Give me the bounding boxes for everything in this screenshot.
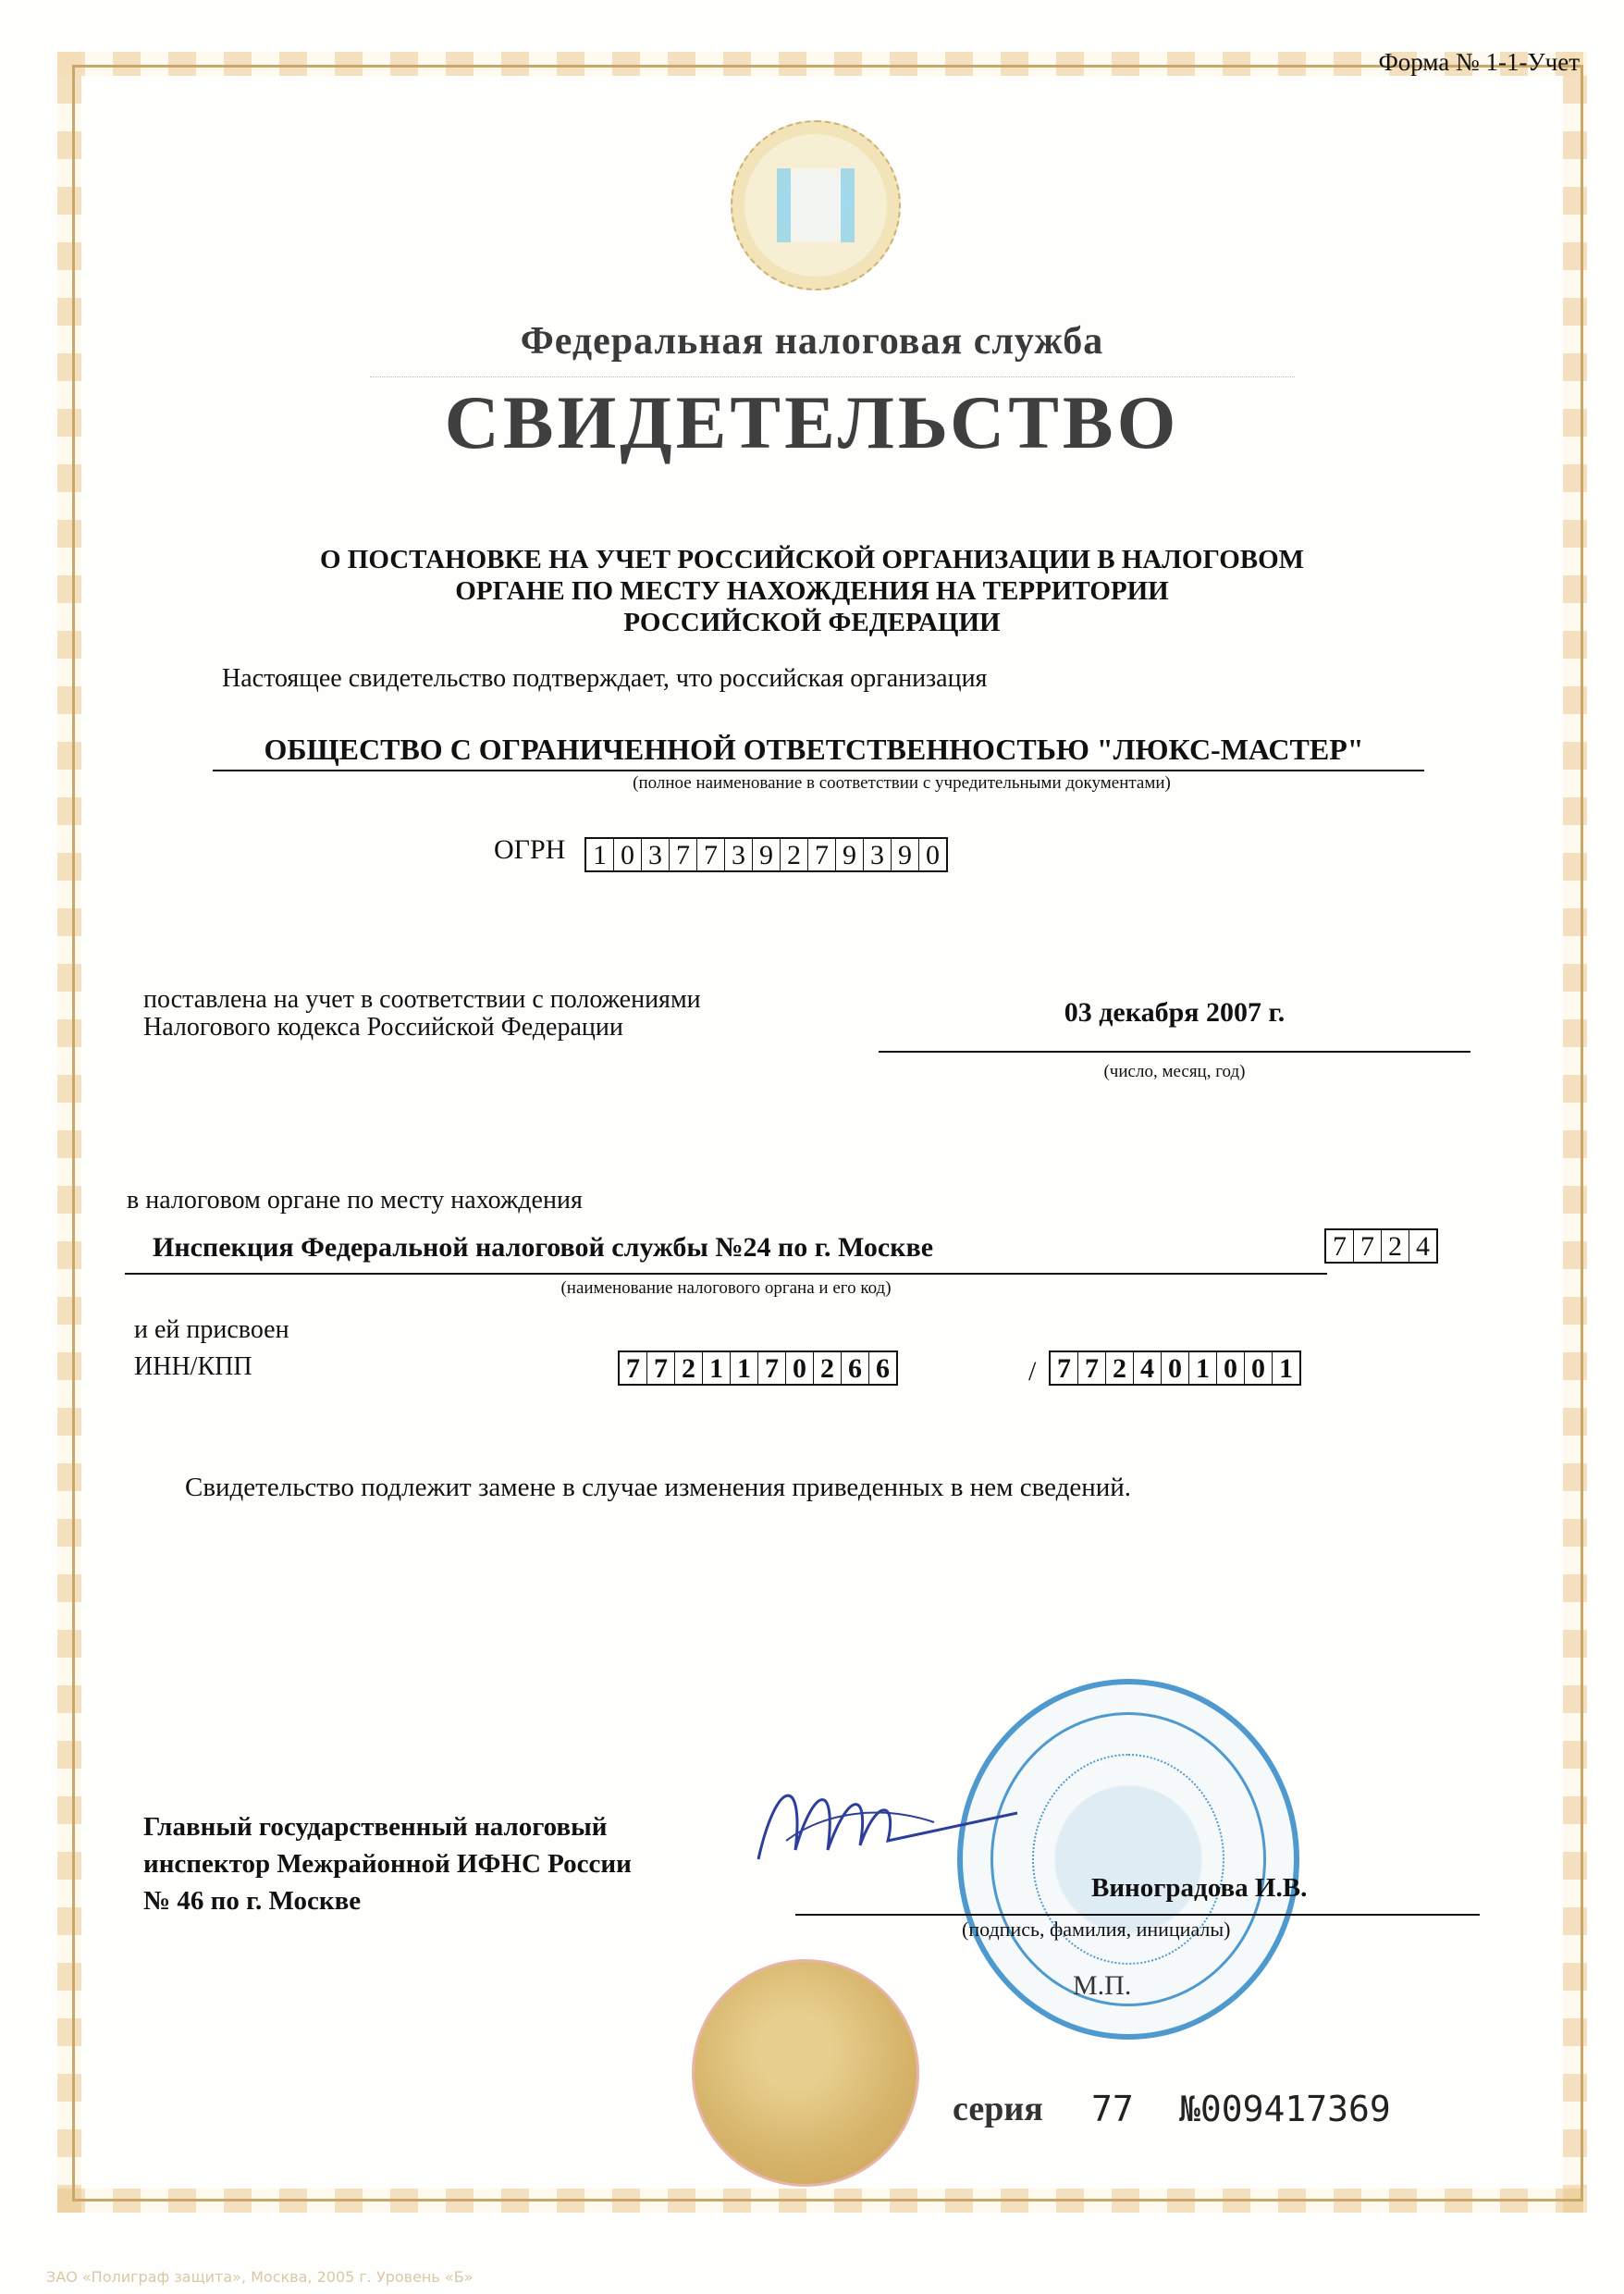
signer-name: Виноградова И.В. bbox=[1091, 1873, 1307, 1904]
inn-digit: 6 bbox=[869, 1352, 896, 1384]
signature-caption: (подпись, фамилия, инициалы) bbox=[962, 1918, 1231, 1942]
seal-place-label: М.П. bbox=[1073, 1970, 1131, 2002]
ogrn-digit: 3 bbox=[864, 839, 892, 870]
inn-digit: 2 bbox=[675, 1352, 703, 1384]
kpp-digit: 2 bbox=[1106, 1352, 1134, 1384]
date-caption: (число, месяц, год) bbox=[879, 1062, 1470, 1082]
tax-office-code-digit: 2 bbox=[1382, 1230, 1409, 1262]
ogrn-digit: 3 bbox=[725, 839, 753, 870]
kpp-digit: 0 bbox=[1245, 1352, 1273, 1384]
tax-office-intro: в налоговом органе по месту нахождения bbox=[127, 1186, 583, 1215]
kpp-digit: 1 bbox=[1273, 1352, 1299, 1384]
divider bbox=[370, 376, 1295, 377]
page-title: СВИДЕТЕЛЬСТВО bbox=[0, 379, 1624, 466]
tax-office-caption: (наименование налогового органа и его ко… bbox=[333, 1278, 1119, 1299]
fns-emblem-icon bbox=[731, 120, 901, 290]
ogrn-digit: 7 bbox=[670, 839, 697, 870]
agency-name: Федеральная налоговая служба bbox=[0, 319, 1624, 364]
inspector-line: Главный государственный налоговый bbox=[143, 1808, 632, 1845]
registration-text: поставлена на учет в соответствии с поло… bbox=[143, 986, 701, 1042]
inspector-line: инспектор Межрайонной ИФНС России bbox=[143, 1845, 632, 1882]
tax-office-code-field: 7724 bbox=[1324, 1228, 1438, 1264]
tax-office-code-digit: 4 bbox=[1409, 1230, 1436, 1262]
kpp-digit: 7 bbox=[1078, 1352, 1106, 1384]
ogrn-field: 1037739279390 bbox=[584, 837, 948, 872]
inn-digit: 7 bbox=[620, 1352, 647, 1384]
inn-kpp-separator: / bbox=[1028, 1356, 1036, 1387]
org-caption: (полное наименование в соответствии с уч… bbox=[518, 773, 1286, 794]
inn-digit: 1 bbox=[703, 1352, 731, 1384]
inn-kpp-label: ИНН/КПП bbox=[134, 1349, 289, 1386]
inn-digit: 7 bbox=[758, 1352, 786, 1384]
kpp-digit: 1 bbox=[1189, 1352, 1217, 1384]
ogrn-digit: 9 bbox=[892, 839, 919, 870]
inn-digit: 6 bbox=[842, 1352, 869, 1384]
certificate-subtitle: О ПОСТАНОВКЕ НА УЧЕТ РОССИЙСКОЙ ОРГАНИЗА… bbox=[0, 544, 1624, 638]
ogrn-digit: 3 bbox=[642, 839, 670, 870]
inn-digit: 1 bbox=[731, 1352, 758, 1384]
inn-digit: 7 bbox=[647, 1352, 675, 1384]
series-value: 77 bbox=[1091, 2089, 1134, 2129]
gold-seal-icon bbox=[692, 1959, 919, 2187]
ogrn-digit: 1 bbox=[586, 839, 614, 870]
inn-intro-line: и ей присвоен bbox=[134, 1312, 289, 1349]
kpp-digit: 0 bbox=[1217, 1352, 1245, 1384]
inn-kpp-intro: и ей присвоен ИНН/КПП bbox=[134, 1312, 289, 1386]
subtitle-line: РОССИЙСКОЙ ФЕДЕРАЦИИ bbox=[0, 607, 1624, 638]
registration-line: Налогового кодекса Российской Федерации bbox=[143, 1014, 701, 1042]
organization-name: ОБЩЕСТВО С ОГРАНИЧЕННОЙ ОТВЕТСТВЕННОСТЬЮ… bbox=[213, 733, 1415, 767]
kpp-digit: 7 bbox=[1051, 1352, 1078, 1384]
tax-office-code-digit: 7 bbox=[1354, 1230, 1382, 1262]
ogrn-digit: 7 bbox=[697, 839, 725, 870]
intro-text: Настоящее свидетельство подтверждает, чт… bbox=[222, 664, 987, 694]
subtitle-line: ОРГАНЕ ПО МЕСТУ НАХОЖДЕНИЯ НА ТЕРРИТОРИИ bbox=[0, 575, 1624, 607]
ogrn-digit: 7 bbox=[808, 839, 836, 870]
inn-digit: 0 bbox=[786, 1352, 814, 1384]
kpp-digit: 0 bbox=[1162, 1352, 1189, 1384]
kpp-digit: 4 bbox=[1134, 1352, 1162, 1384]
registration-line: поставлена на учет в соответствии с поло… bbox=[143, 986, 701, 1014]
kpp-field: 772401001 bbox=[1049, 1350, 1301, 1386]
ogrn-digit: 9 bbox=[836, 839, 864, 870]
inn-field: 7721170266 bbox=[618, 1350, 898, 1386]
tax-office-name: Инспекция Федеральной налоговой службы №… bbox=[153, 1232, 933, 1264]
replacement-note: Свидетельство подлежит замене в случае и… bbox=[185, 1473, 1131, 1503]
inspector-title: Главный государственный налоговый инспек… bbox=[143, 1808, 632, 1919]
certificate-number: №009417369 bbox=[1179, 2089, 1391, 2129]
date-underline bbox=[879, 1051, 1470, 1053]
subtitle-line: О ПОСТАНОВКЕ НА УЧЕТ РОССИЙСКОЙ ОРГАНИЗА… bbox=[0, 544, 1624, 575]
ogrn-digit: 0 bbox=[919, 839, 946, 870]
signature-icon bbox=[749, 1757, 1027, 1887]
inn-digit: 2 bbox=[814, 1352, 842, 1384]
signature-line bbox=[795, 1914, 1480, 1916]
tax-office-underline bbox=[125, 1273, 1327, 1275]
ogrn-digit: 2 bbox=[781, 839, 808, 870]
printer-imprint: ЗАО «Полиграф защита», Москва, 2005 г. У… bbox=[46, 2268, 473, 2286]
ogrn-digit: 9 bbox=[753, 839, 781, 870]
registration-date: 03 декабря 2007 г. bbox=[879, 997, 1470, 1029]
inspector-line: № 46 по г. Москве bbox=[143, 1882, 632, 1919]
ogrn-label: ОГРН bbox=[494, 834, 565, 866]
ogrn-digit: 0 bbox=[614, 839, 642, 870]
series-label: серия bbox=[953, 2089, 1043, 2129]
org-underline bbox=[213, 770, 1424, 771]
tax-office-code-digit: 7 bbox=[1326, 1230, 1354, 1262]
form-number: Форма № 1-1-Учет bbox=[1378, 48, 1580, 77]
